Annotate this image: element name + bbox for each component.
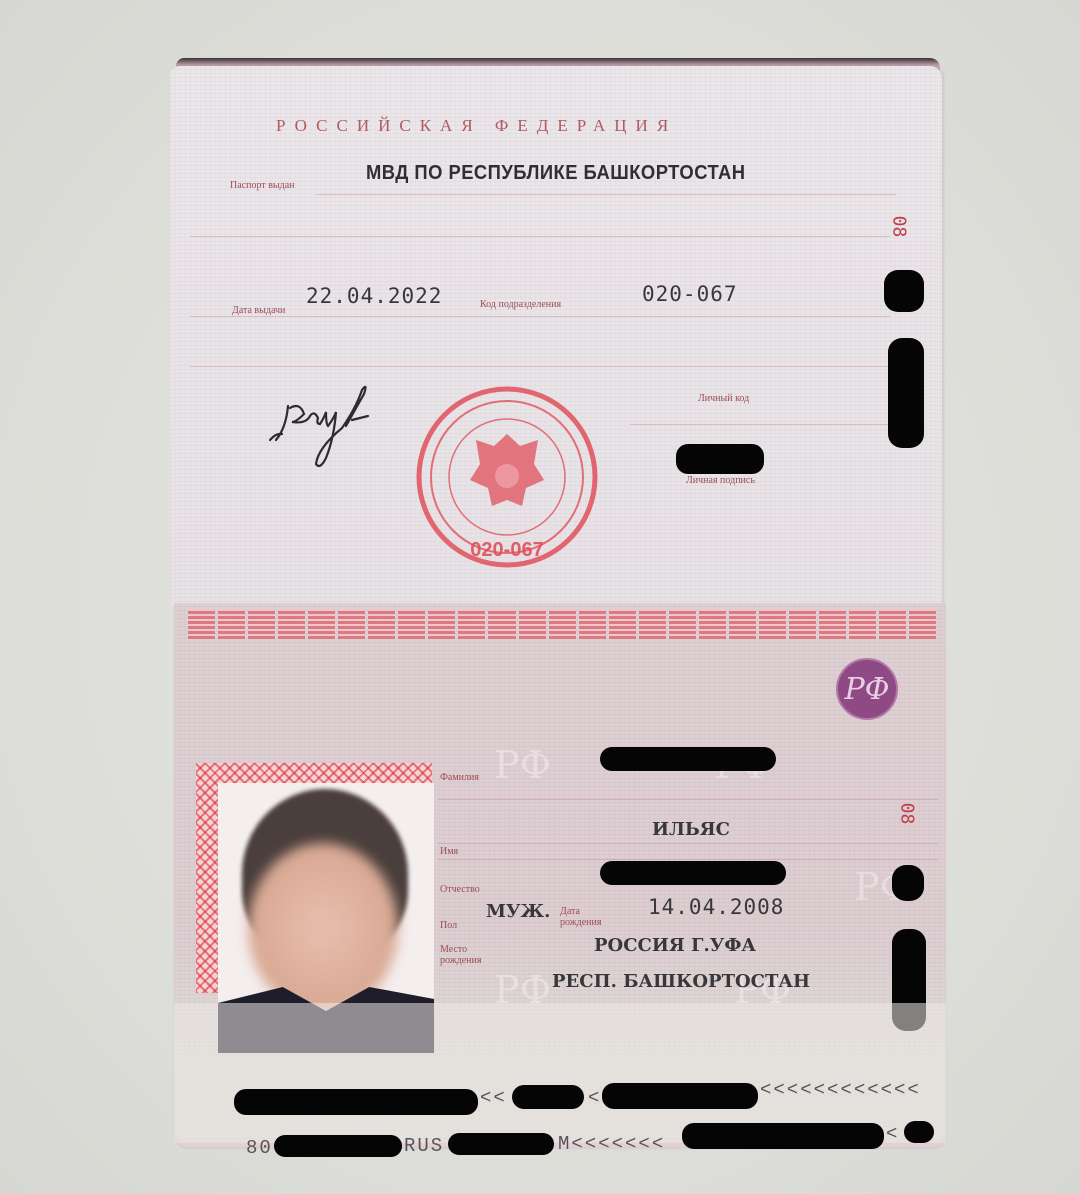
- redaction-block: [884, 270, 924, 312]
- rf-emblem-icon: РФ: [836, 658, 898, 720]
- rule: [190, 366, 890, 367]
- personal-signature-label: Личная подпись: [686, 476, 755, 487]
- division-code-label: Код подразделения: [480, 300, 561, 311]
- rule: [438, 859, 938, 860]
- dob-value: 14.04.2008: [648, 895, 784, 919]
- dob-label: Датарождения: [560, 907, 602, 928]
- official-seal-icon: 020-067: [414, 384, 600, 570]
- rule: [190, 316, 890, 317]
- security-band: [180, 603, 944, 645]
- issue-date-value: 22.04.2022: [306, 284, 442, 308]
- mrz-redaction: [448, 1133, 554, 1155]
- passport-page-issue: РОССИЙСКАЯ ФЕДЕРАЦИЯ Паспорт выдан МВД П…: [170, 66, 942, 606]
- sex-label: Пол: [440, 921, 457, 932]
- mrz-line1-fill: <<: [480, 1087, 507, 1109]
- division-code-value: 020-067: [642, 282, 738, 306]
- passport-booklet: РОССИЙСКАЯ ФЕДЕРАЦИЯ Паспорт выдан МВД П…: [170, 58, 948, 1150]
- issued-by-label: Паспорт выдан: [230, 181, 295, 192]
- mrz-line1-fill: <: [588, 1087, 601, 1109]
- rule: [438, 843, 938, 844]
- mrz-line2-sex-fill: M<<<<<<<: [558, 1133, 665, 1155]
- mrz-redaction: [234, 1089, 478, 1115]
- mrz-redaction: [512, 1085, 584, 1109]
- mrz-redaction: [274, 1135, 402, 1157]
- mrz-line2-tail: <: [886, 1123, 899, 1145]
- passport-page-personal-data: РФ РФ РФ РФ РФ РФ Фамилия ИЛЬЯС Имя Отче…: [174, 603, 946, 1143]
- series-number-vertical: 08: [888, 216, 909, 238]
- mrz-line2-prefix: 80: [246, 1137, 273, 1159]
- mrz-line2-country: RUS: [404, 1135, 444, 1157]
- mrz-redaction: [904, 1121, 934, 1143]
- issued-by-value: МВД ПО РЕСПУБЛИКЕ БАШКОРТОСТАН: [366, 162, 746, 185]
- signature-icon: [256, 378, 386, 478]
- name-label: Имя: [440, 847, 458, 858]
- birthplace-label: Месторождения: [440, 945, 482, 966]
- surname-redacted: [600, 747, 776, 771]
- rule: [190, 236, 890, 237]
- birthplace-line-2: РЕСП. БАШКОРТОСТАН: [552, 971, 810, 992]
- mrz-redaction: [602, 1083, 758, 1109]
- surname-label: Фамилия: [440, 773, 479, 784]
- mrz-zone: [174, 1003, 946, 1143]
- redaction-block: [676, 444, 764, 474]
- redaction-block: [892, 865, 924, 901]
- name-value: ИЛЬЯС: [652, 819, 730, 840]
- svg-text:020-067: 020-067: [470, 539, 543, 561]
- series-number-vertical: 08: [896, 803, 917, 825]
- personal-code-label: Личный код: [698, 394, 749, 405]
- mrz-line1-fill: <<<<<<<<<<<<: [760, 1079, 921, 1101]
- patronymic-label: Отчество: [440, 885, 480, 896]
- patronymic-redacted: [600, 861, 786, 885]
- watermark: РФ: [494, 743, 551, 787]
- rule: [630, 424, 890, 425]
- redaction-block: [888, 338, 924, 448]
- birthplace-line-1: РОССИЯ Г.УФА: [594, 935, 756, 956]
- country-header: РОССИЙСКАЯ ФЕДЕРАЦИЯ: [276, 116, 677, 136]
- sex-value: МУЖ.: [486, 901, 550, 922]
- rule: [316, 194, 896, 195]
- issue-date-label: Дата выдачи: [232, 306, 285, 317]
- rule: [438, 799, 938, 800]
- mrz-redaction: [682, 1123, 884, 1149]
